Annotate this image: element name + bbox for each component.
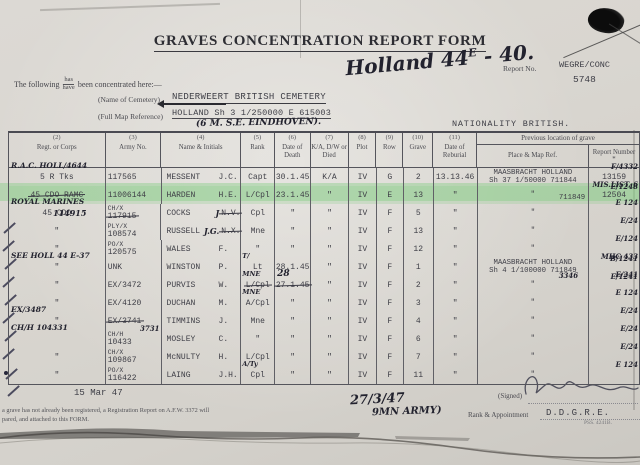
cell-date-of-reburial: " [434,294,478,312]
cell-rank: Mne [241,222,275,240]
cell-date-of-death: 30.1.45 [275,168,311,186]
cell-rank: A/Ty Cpl [241,366,275,384]
cell-date-of-death: 23.1.45 [275,186,311,204]
cell-place-map-ref: MAASBRACHT HOLLAND Sh 37 1/50000 711844 [478,168,590,186]
cell-name: HARDEN H.E. [162,186,242,204]
cell-plot: IV [349,186,377,204]
cell-date-of-reburial: " [434,240,478,258]
handwritten-note: R.A.C. HOLL/4644 [11,161,87,170]
cell-date-of-death: " [275,348,311,366]
col-header-place-map-ref: Place & Map Ref. [477,145,589,167]
handwritten-rank: A/Ty [242,360,257,368]
cell-ka-dw: " [311,258,349,276]
table-row: " PO/X 120575 WALES F. " " " IV F 12 [9,240,639,258]
cell-ka-dw: " [311,222,349,240]
handwritten-report-number: E 124 [616,360,638,369]
table-header: (2)Regt. or Corps (3)Army No. (4)Name & … [9,133,639,168]
cell-name: DUCHAN M. [162,294,242,312]
cell-army-no: 117565 [106,168,162,186]
has-have-stack: has have [63,77,75,91]
cell-row: F [377,348,404,366]
cell-name: LAING J.H. [162,366,242,384]
cell-ka-dw: K/A [311,168,349,186]
nationality-line: NATIONALITY BRITISH. [452,119,570,129]
table-row: " PO/X 116422 LAING J.H. A/Ty Cpl " " IV… [9,366,639,384]
table-row: CH/H 104331 CH/H 10433 MOSLEY C. " " " [9,330,639,348]
handwritten-note: SEE HOLL 44 E-37 [11,251,90,260]
col-header-army-no: (3)Army No. [106,133,162,167]
cell-grave: 6 [404,330,434,348]
cell-date-of-reburial: " [434,258,478,276]
handwritten-report-number: E/124 [616,234,639,243]
hand-drawn-arrow [160,103,226,105]
cell-regt: " [9,348,106,366]
table-body: R.A.C. HOLL/4644 5 R Tks 117565 MESSENT … [9,168,639,384]
cell-name: WALES F. [162,240,242,258]
cell-grave: 13 [404,186,434,204]
handwritten-report-number: E/24 [620,324,638,333]
cell-name: PURVIS W. [162,276,242,294]
cell-rank: L/Cpl [241,186,275,204]
cell-date-of-reburial: " [434,348,478,366]
cell-row: F [377,222,404,240]
cell-rank: Cpl [241,204,275,222]
cell-ka-dw: " [311,204,349,222]
cell-rank: MNE A/Cpl [241,294,275,312]
handwritten-report-number: F/4332 [611,162,638,171]
col-header-name: (4)Name & Initials [161,133,241,167]
table-row: R.A.C. HOLL/4644 5 R Tks 117565 MESSENT … [9,168,639,186]
cell-regt: CH/H 104331 [9,330,106,348]
cell-grave: 3 [404,294,434,312]
cell-row: F [377,366,404,384]
handwritten-report-number: MHC 433 [601,252,638,261]
table-row: SEE HOLL 44 E-37 " UNK WINSTON P. T/ Lt … [9,258,639,276]
cell-row: F [377,258,404,276]
table-row: " PLY/X 108574 RUSSELL J.G. N.X. Mne " "… [9,222,639,240]
table-row: " EX/3472 PURVIS W. MNE L/Cpl 28 27.1.45… [9,276,639,294]
cell-name: MOSLEY C. [162,330,242,348]
cell-grave: 12 [404,240,434,258]
cell-ka-dw: " [311,186,349,204]
cell-row: F [377,312,404,330]
cell-date-of-death: 28 27.1.45 [275,276,311,294]
cell-army-no: PO/X 120575 [106,240,162,258]
cell-place-map-ref: " [478,294,590,312]
cell-ka-dw: " [311,294,349,312]
rank-appointment-label: Rank & Appointment [468,411,528,419]
col-header-ka-dw: (7)K/A, D/W or Died [311,133,349,167]
handwritten-note: CH/H 104331 [11,323,68,332]
typed-date: 15 Mar 47 [74,388,123,398]
cemetery-label: (Name of Cemetery) [98,95,160,104]
table-row: ROYAL MARINES 114915 45 CDO CH/X 117915 … [9,204,639,222]
handwritten-note: ROYAL MARINES [11,197,84,206]
cell-date-of-reburial: " [434,312,478,330]
cell-grave: 1 [404,258,434,276]
following-pre: The following [14,80,60,89]
col-header-date-of-death: (6)Date of Death [275,133,311,167]
handwritten-date: 28 [277,269,290,279]
col-header-grave: (10)Grave [403,133,433,167]
cell-name: COCKS J N.V. [161,204,241,222]
cell-grave: 4 [404,312,434,330]
handwritten-report-number: E/241 [616,270,639,279]
cell-plot: IV [349,366,377,384]
cell-plot: IV [349,222,377,240]
cell-army-no: EX/3472 [106,276,162,294]
cell-date-of-reburial: " [434,276,478,294]
cell-plot: IV [349,258,377,276]
cell-plot: IV [349,312,377,330]
report-no-value: WEGRE/CONC [559,60,610,70]
following-post: been concentrated here:— [78,80,162,89]
cell-ka-dw: " [311,276,349,294]
cell-plot: IV [349,348,377,366]
handwritten-report-number: E 124 [616,288,638,297]
cell-army-no: PLY/X 108574 [106,222,162,240]
cell-date-of-reburial: " [434,186,478,204]
cell-ka-dw: " [311,330,349,348]
cell-row: F [377,204,404,222]
cell-grave: 5 [404,204,434,222]
table-row: " EX/4120 DUCHAN M. MNE A/Cpl " " IV F 3 [9,294,639,312]
have-word: have [63,85,75,92]
col-header-row: (9)Row [376,133,403,167]
cell-plot: IV [349,168,377,186]
handwritten-initial: J.G. [204,226,219,236]
cell-date-of-death: " [275,366,311,384]
following-statement: The following has have been concentrated… [14,77,162,91]
cell-date-of-death: " [275,312,311,330]
cell-rank: Mne [241,312,275,330]
cell-grave: 11 [404,366,434,384]
cell-name: WINSTON P. [162,258,242,276]
handwritten-rank: T/ [242,252,249,260]
cell-army-no: CH/X 117915 [106,204,162,222]
footnote-line1: a grave has not already been registered,… [2,407,209,414]
cell-name: McNULTY H. [162,348,242,366]
cell-regt: " [9,222,106,240]
cell-grave: 2 [404,168,434,186]
cell-row: G [377,168,404,186]
map-reference-label: (Full Map Reference) [98,112,163,121]
cell-date-of-reburial: " [434,330,478,348]
graves-table: (2)Regt. or Corps (3)Army No. (4)Name & … [8,131,640,385]
cell-date-of-death: " [275,330,311,348]
cell-place-map-ref: " [478,240,590,258]
handwritten-rank: MNE [242,288,260,296]
cell-place-map-ref: " [478,330,590,348]
report-no-number: 5748 [573,74,596,85]
cell-place-map-ref: " [478,366,590,384]
cell-grave: 7 [404,348,434,366]
cell-rank: " [241,330,275,348]
handwritten-report-number: E/24 [620,306,638,315]
cell-date-of-reburial: " [434,366,478,384]
cell-ka-dw: " [311,312,349,330]
handwritten-correction: 3731 [140,324,159,333]
table-row: 45 CDO RAMC 11006144 HARDEN H.E. L/Cpl 2… [9,186,639,204]
cell-ka-dw: " [311,366,349,384]
cell-row: F [377,276,404,294]
cell-name: MESSENT J.C. [162,168,242,186]
cell-army-no: EX/3741 3731 [106,312,162,330]
cell-plot: IV [349,330,377,348]
cell-date-of-reburial: " [434,204,478,222]
cell-place-map-ref: " [478,222,590,240]
cell-regt: SEE HOLL 44 E-37 " [9,258,106,276]
cell-grave: 13 [404,222,434,240]
cell-plot: IV [349,276,377,294]
handwritten-rank: MNE [242,270,260,278]
cell-ka-dw: " [311,240,349,258]
handwritten-report-number: E/24 [620,216,638,225]
handwritten-note: 114915 [53,208,86,218]
col-header-plot: (8)Plot [349,133,377,167]
cell-date-of-death: " [275,204,311,222]
col-header-date-of-reburial: (11)Date of Reburial [433,133,477,167]
table-row: EX/3487 " EX/3741 3731 TIMMINS J. Mne " [9,312,639,330]
cell-regt: R.A.C. HOLL/4644 5 R Tks [9,168,106,186]
cell-army-no: 11006144 [106,186,162,204]
cell-army-no: PO/X 116422 [106,366,162,384]
cell-plot: IV [349,204,377,222]
cell-date-of-death: " [275,294,311,312]
signature-line [528,403,638,404]
cell-grave: 2 [404,276,434,294]
rank-appointment-value: D.D.G.R.E. [546,408,610,418]
handwritten-note: EX/3487 [11,305,46,314]
signed-label: (Signed) [498,392,522,400]
cell-row: F [377,330,404,348]
cell-date-of-reburial: 13.13.46 [434,168,478,186]
cell-regt: " [9,366,106,384]
cell-row: F [377,294,404,312]
cell-army-no: EX/4120 [106,294,162,312]
handwritten-report-number: E/24 [620,342,638,351]
report-no-label: Report No. [503,64,536,73]
cell-army-no: UNK [106,258,162,276]
cell-name: TIMMINS J. [162,312,242,330]
cell-row: E [377,186,404,204]
footnote-line2: pared, and attached to this FORM. [2,416,89,423]
cell-report-number: E 124 [589,366,639,384]
handwritten-note: 3346 [559,272,578,280]
cell-date-of-death: " [275,240,311,258]
cell-place-map-ref: MAASBRACHT HOLLAND Sh 4 1/100000 711849 … [478,258,590,276]
handwritten-report-number: MIS.LIST. 6 [592,180,638,189]
table-row: " CH/X 109867 McNULTY H. L/Cpl " " IV F [9,348,639,366]
cell-rank: Capt [241,168,275,186]
handwritten-reference-sup: E [468,46,477,60]
torn-paper-edge [0,424,640,464]
cell-date-of-reburial: " [434,222,478,240]
cell-army-no: CH/X 109867 [106,348,162,366]
cell-place-map-ref: " [478,312,590,330]
cell-row: F [377,240,404,258]
cell-regt: " [9,276,106,294]
handwritten-report-number: E 124 [616,198,638,207]
col-header-rank: (5)Rank [241,133,275,167]
cell-date-of-death: " [275,222,311,240]
cell-regt: ROYAL MARINES 114915 45 CDO [9,204,106,222]
cell-plot: IV [349,294,377,312]
cell-place-map-ref: " [478,204,590,222]
cell-ka-dw: " [311,348,349,366]
cell-name: RUSSELL J.G. N.X. [161,222,241,240]
cell-place-map-ref: " 711849 [478,186,590,204]
cell-plot: IV [349,240,377,258]
cell-place-map-ref: " [478,348,590,366]
form-title-wrap: GRAVES CONCENTRATION REPORT FORM [0,32,640,52]
